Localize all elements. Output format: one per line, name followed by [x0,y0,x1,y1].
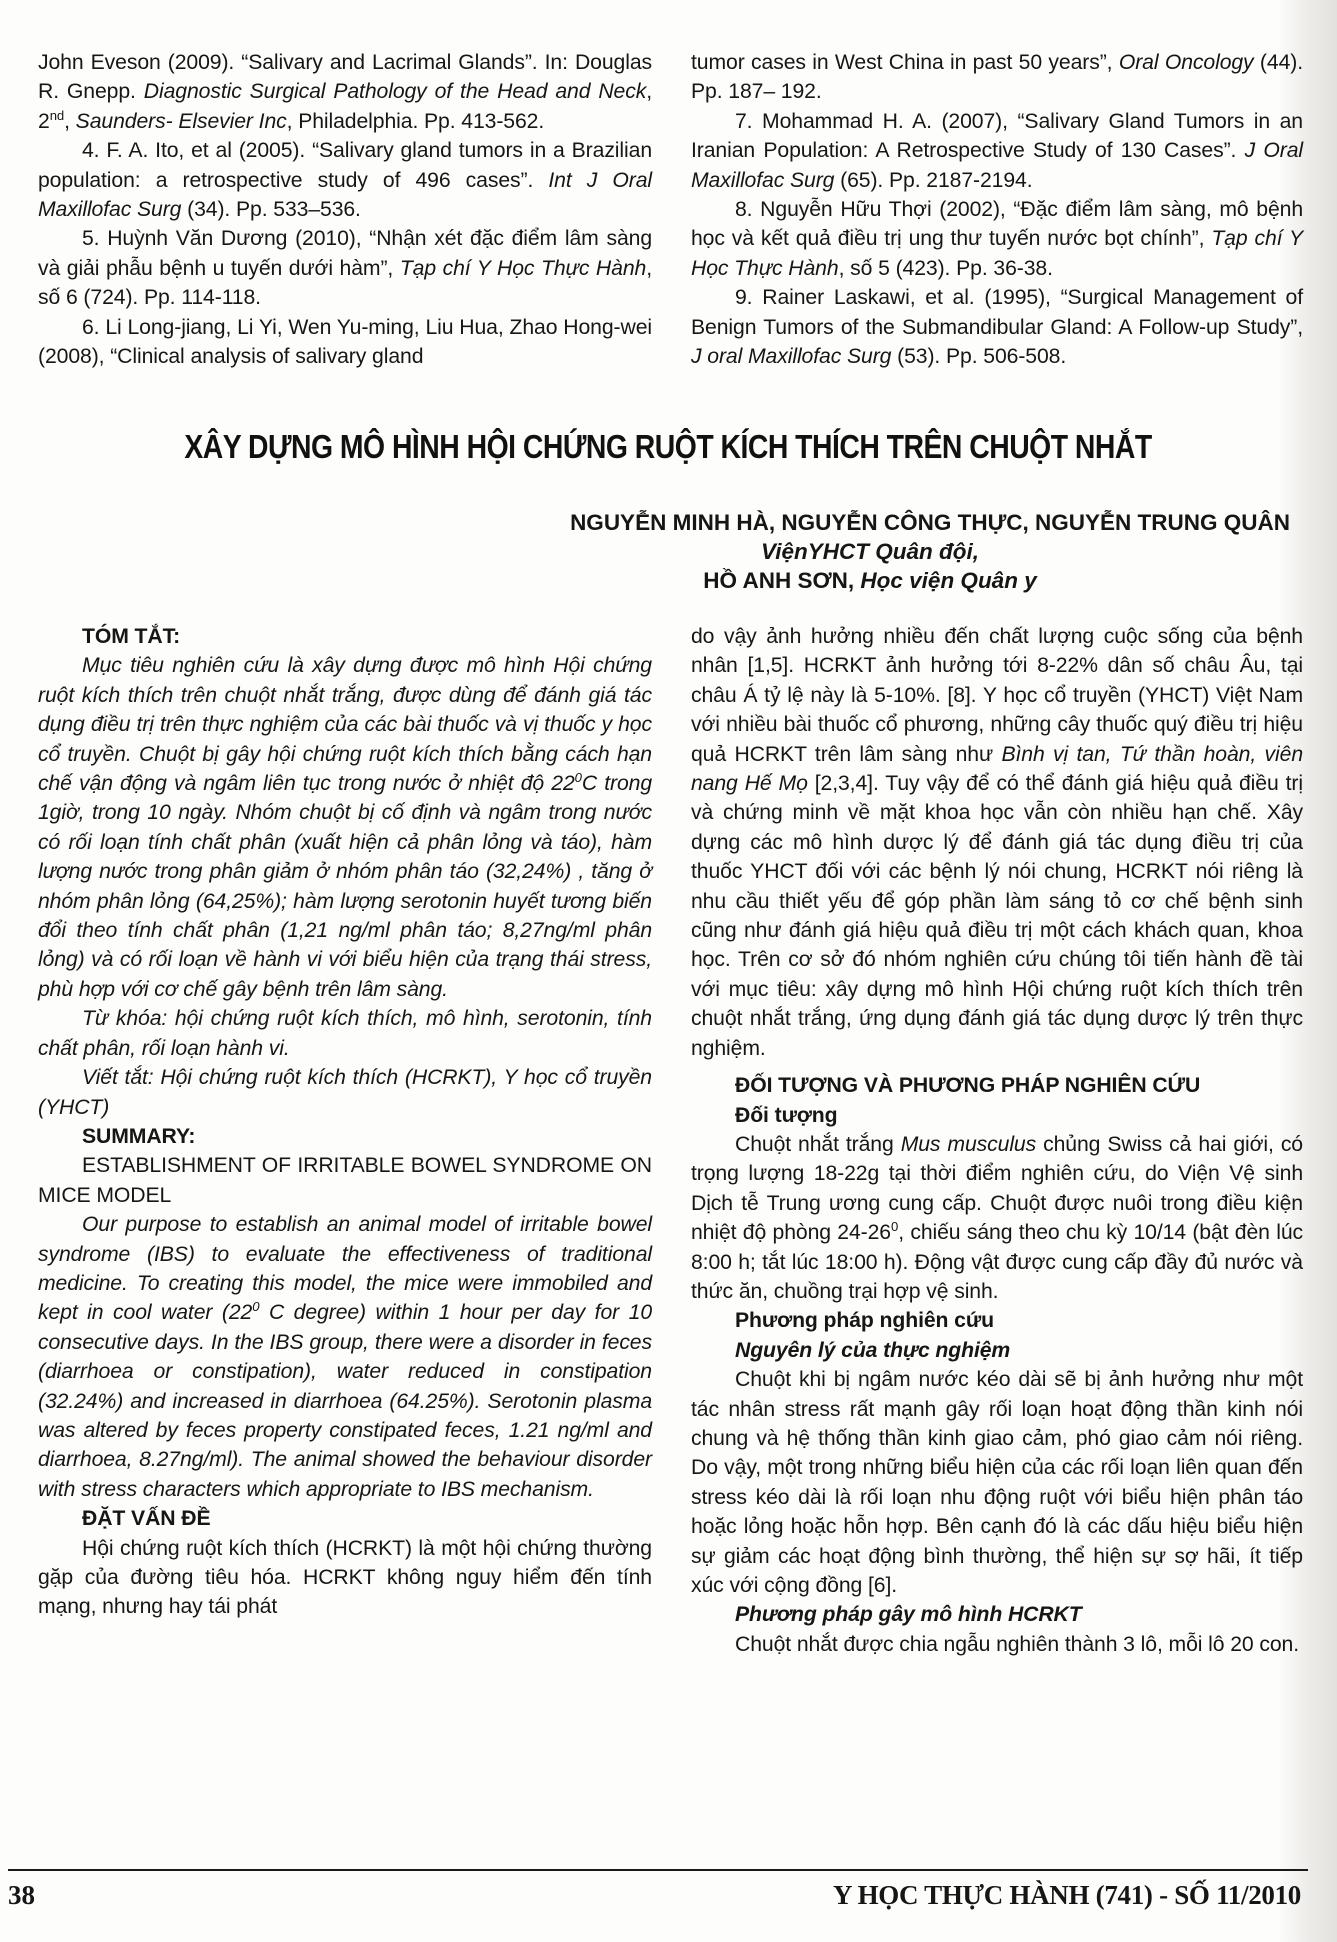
text-run: Chuột nhắt trắng [735,1133,901,1156]
text-run: 7. Mohammad H. A. (2007), “Salivary Glan… [691,110,1303,162]
paragraph: John Eveson (2009). “Salivary and Lacrim… [38,48,652,136]
paragraph: Viết tắt: Hội chứng ruột kích thích (HCR… [38,1063,652,1122]
paragraph: Hội chứng ruột kích thích (HCRKT) là một… [38,1534,652,1622]
paragraph: 5. Huỳnh Văn Dương (2010), “Nhận xét đặc… [38,224,652,312]
text-run: Oral Oncology [1119,51,1254,74]
paragraph: Chuột nhắt trắng Mus musculus chủng Swis… [691,1130,1303,1306]
text-run: J oral Maxillofac Surg [691,345,891,368]
footer-rule [8,1869,1308,1871]
text-run: tumor cases in West China in past 50 yea… [691,51,1119,74]
paragraph: 9. Rainer Laskawi, et al. (1995), “Surgi… [691,283,1303,371]
text-run: , số 5 (423). Pp. 36-38. [839,257,1053,280]
text-run: Mục tiêu nghiên cứu là xây dựng được mô … [38,654,652,795]
section-heading: TÓM TẮT: [38,622,652,651]
author-block: NGUYỄN MINH HÀ, NGUYỄN CÔNG THỰC, NGUYỄN… [440,508,1300,595]
paragraph: Mục tiêu nghiên cứu là xây dựng được mô … [38,651,652,1004]
section-heading: ĐẶT VẤN ĐỀ [38,1504,652,1533]
section-heading: Nguyên lý của thực nghiệm [691,1336,1303,1365]
text-run: SUMMARY: [82,1125,195,1148]
paragraph: Our purpose to establish an animal model… [38,1210,652,1504]
paragraph: 4. F. A. Ito, et al (2005). “Salivary gl… [38,136,652,224]
text-run: ĐẶT VẤN ĐỀ [82,1507,210,1530]
text-run: 9. Rainer Laskawi, et al. (1995), “Surgi… [691,286,1303,338]
text-run: Từ khóa: hội chứng ruột kích thích, mô h… [38,1007,652,1059]
text-run: ĐỐI TƯỢNG VÀ PHƯƠNG PHÁP NGHIÊN CỨU [735,1074,1200,1097]
article-title: XÂY DỰNG MÔ HÌNH HỘI CHỨNG RUỘT KÍCH THÍ… [93,428,1243,466]
paragraph: 6. Li Long-jiang, Li Yi, Wen Yu-ming, Li… [38,313,652,372]
authors-line: NGUYỄN MINH HÀ, NGUYỄN CÔNG THỰC, NGUYỄN… [440,508,1300,537]
body-left-column: TÓM TẮT:Mục tiêu nghiên cứu là xây dựng … [38,622,652,1622]
text-run: Saunders- Elsevier Inc [76,110,287,133]
text-run: , Philadelphia. Pp. 413-562. [287,110,545,133]
text-run: , [64,110,76,133]
author-2: HỒ ANH SƠN, [703,568,860,593]
section-heading: Đối tượng [691,1101,1303,1130]
paragraph: 7. Mohammad H. A. (2007), “Salivary Glan… [691,107,1303,195]
text-run: nd [50,108,64,123]
paragraph: Từ khóa: hội chứng ruột kích thích, mô h… [38,1004,652,1063]
text-run: 6. Li Long-jiang, Li Yi, Wen Yu-ming, Li… [38,316,652,368]
text-run: Tạp chí Y Học Thực Hành [400,257,646,280]
text-run: Chuột khi bị ngâm nước kéo dài sẽ bị ảnh… [691,1368,1303,1597]
text-run: Viết tắt: Hội chứng ruột kích thích (HCR… [38,1066,652,1118]
paragraph: Chuột nhắt được chia ngẫu nghiên thành 3… [691,1630,1303,1659]
text-run: (53). Pp. 506-508. [891,345,1066,368]
section-heading: Phương pháp gây mô hình HCRKT [691,1600,1303,1629]
body-right-column: do vậy ảnh hưởng nhiều đến chất lượng cu… [691,622,1303,1659]
paragraph: 8. Nguyễn Hữu Thợi (2002), “Đặc điểm lâm… [691,195,1303,283]
affiliation-2: Học viện Quân y [860,568,1036,593]
journal-footer: Y HỌC THỰC HÀNH (741) - SỐ 11/2010 [833,1880,1301,1911]
text-run: (34). Pp. 533–536. [181,198,361,221]
text-run: [2,3,4]. Tuy vậy để có thể đánh giá hiệu… [691,772,1303,1060]
references-left-column: John Eveson (2009). “Salivary and Lacrim… [38,48,652,371]
text-run: Hội chứng ruột kích thích (HCRKT) là một… [38,1537,652,1619]
paragraph: ESTABLISHMENT OF IRRITABLE BOWEL SYNDROM… [38,1151,652,1210]
affiliation-1: ViệnYHCT Quân đội, [440,537,1300,566]
author-2-line: HỒ ANH SƠN, Học viện Quân y [440,566,1300,595]
text-run: Chuột nhắt được chia ngẫu nghiên thành 3… [735,1633,1299,1656]
text-run: C trong 1giờ, trong 10 ngày. Nhóm chuột … [38,772,652,1001]
text-run: (65). Pp. 2187-2194. [834,169,1032,192]
text-run: 0 [575,770,582,785]
section-heading: SUMMARY: [38,1122,652,1151]
text-run: Phương pháp nghiên cứu [735,1309,994,1332]
text-run: Mus musculus [901,1133,1036,1156]
paragraph: tumor cases in West China in past 50 yea… [691,48,1303,107]
text-run: ESTABLISHMENT OF IRRITABLE BOWEL SYNDROM… [38,1154,652,1206]
text-run: Phương pháp gây mô hình HCRKT [735,1603,1082,1626]
text-run: Đối tượng [735,1104,837,1127]
text-run: C degree) within 1 hour per day for 10 c… [38,1301,652,1500]
section-heading: ĐỐI TƯỢNG VÀ PHƯƠNG PHÁP NGHIÊN CỨU [691,1071,1303,1100]
references-right-column: tumor cases in West China in past 50 yea… [691,48,1303,371]
page-number: 38 [8,1880,35,1911]
paragraph: Chuột khi bị ngâm nước kéo dài sẽ bị ảnh… [691,1365,1303,1600]
text-run: TÓM TẮT: [82,625,180,648]
paragraph: do vậy ảnh hưởng nhiều đến chất lượng cu… [691,622,1303,1063]
text-run: Diagnostic Surgical Pathology of the Hea… [144,80,646,103]
section-heading: Phương pháp nghiên cứu [691,1306,1303,1335]
text-run: Nguyên lý của thực nghiệm [735,1339,1010,1362]
